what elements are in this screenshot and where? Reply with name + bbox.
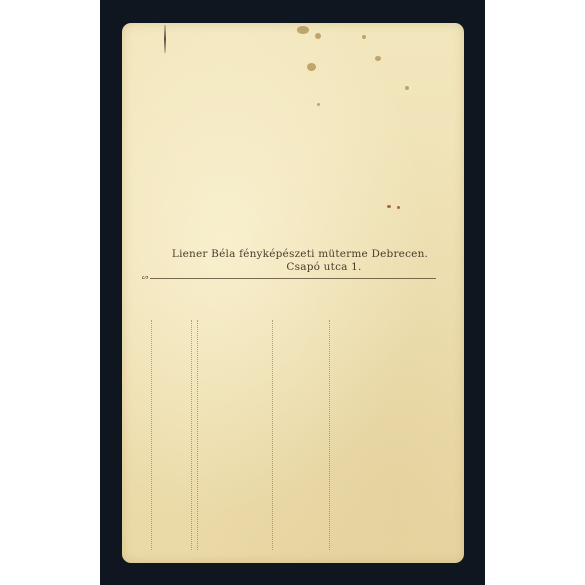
stain [297,26,309,34]
dotted-divider [151,320,152,550]
studio-name: Liener Béla fényképészeti müterme Debrec… [122,248,464,261]
studio-imprint: Liener Béla fényképészeti müterme Debrec… [122,248,464,274]
dotted-divider [191,320,192,550]
photo-card-back: Liener Béla fényképészeti müterme Debrec… [122,23,464,563]
stain [375,56,381,61]
corner-mark: ᔕ [142,273,148,281]
stain [362,35,366,39]
stain [307,63,316,71]
scratch-mark [164,25,166,53]
stain [315,33,321,39]
dotted-divider [197,320,198,550]
stain [397,206,400,209]
stain [317,103,320,106]
dotted-divider [329,320,330,550]
stain [387,205,391,208]
dotted-divider [272,320,273,550]
stain [405,86,409,90]
studio-address: Csapó utca 1. [122,261,464,274]
horizontal-rule [150,278,436,279]
